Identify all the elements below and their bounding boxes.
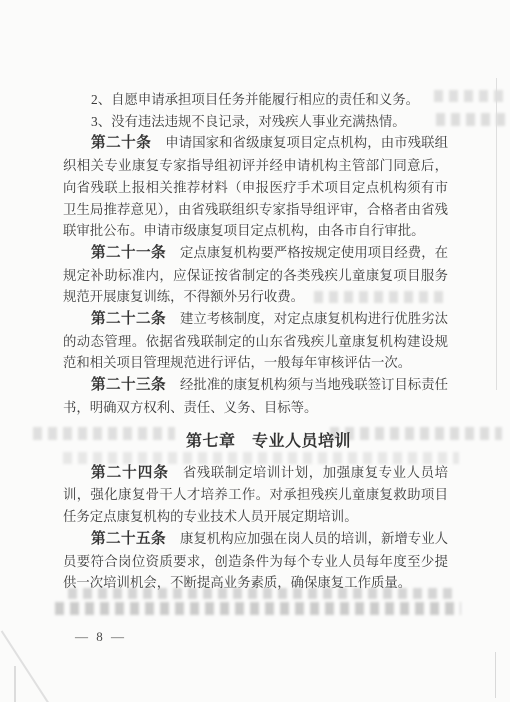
article-25: 第二十五条康复机构应加强在岗人员的培训，新增专业人员要符合岗位资质要求，创造条件…	[63, 528, 448, 594]
article-number: 第二十二条	[91, 311, 166, 327]
chapter-heading: 第七章 专业人员培训	[76, 431, 461, 453]
article-number: 第二十一条	[91, 245, 166, 261]
article-23: 第二十三条经批准的康复机构须与当地残联签订目标责任书，明确双方权利、责任、义务、…	[63, 374, 448, 418]
article-22: 第二十二条建立考核制度，对定点康复机构进行优胜劣汰的动态管理。依据省残联制定的山…	[63, 308, 448, 374]
scan-fold-line	[496, 78, 497, 390]
scan-artifact	[55, 602, 461, 615]
list-item: 2、自愿申请承担项目任务并能履行相应的责任和义务。	[63, 89, 448, 111]
article-number: 第二十四条	[91, 465, 169, 481]
list-item-text: 2、自愿申请承担项目任务并能履行相应的责任和义务。	[91, 92, 419, 107]
article-24: 第二十四条省残联制定培训计划，加强康复专业人员培训，强化康复骨干人才培养工作。对…	[63, 462, 448, 528]
article-number: 第二十三条	[91, 377, 166, 393]
list-item-text: 3、没有违法违规不良记录，对残疾人事业充满热情。	[91, 114, 406, 129]
article-20: 第二十条申请国家和省级康复项目定点机构，由市残联组织相关专业康复专家指导组初评并…	[63, 132, 448, 242]
document-page: 2、自愿申请承担项目任务并能履行相应的责任和义务。 3、没有违法违规不良记录，对…	[0, 0, 510, 702]
list-item: 3、没有违法违规不良记录，对残疾人事业充满热情。	[63, 111, 448, 133]
scan-crease	[14, 666, 16, 702]
page-number: — 8 —	[75, 629, 125, 645]
scan-crease	[1, 630, 50, 702]
article-21: 第二十一条定点康复机构要严格按规定使用项目经费，在规定补助标准内，应保证按省制定…	[63, 242, 448, 308]
article-number: 第二十五条	[91, 531, 166, 547]
scan-fold-line	[495, 652, 496, 698]
document-body: 2、自愿申请承担项目任务并能履行相应的责任和义务。 3、没有违法违规不良记录，对…	[63, 89, 448, 594]
article-number: 第二十条	[91, 135, 151, 151]
